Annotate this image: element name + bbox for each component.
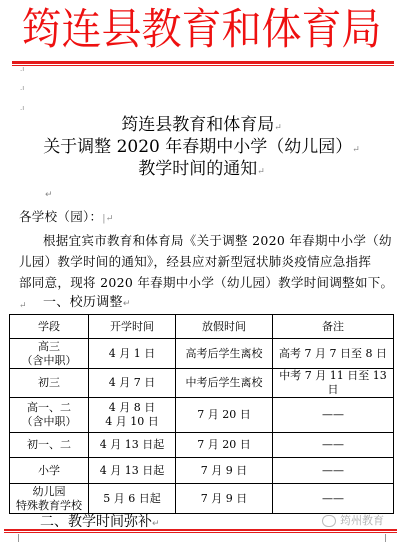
cell-start: 4 月 7 日: [89, 369, 176, 398]
paragraph-line: 儿园）教学时间的通知》，经县应对新型冠状肺炎疫情应急指挥: [19, 251, 397, 272]
header-note: 备注: [273, 315, 394, 339]
cell-note: ——: [273, 398, 394, 433]
footer-rule-thin: [4, 532, 397, 533]
margin-mark-right: [385, 534, 386, 542]
header-end: 放假时间: [176, 315, 273, 339]
cell-note: ——: [273, 484, 394, 514]
cell-end: 7 月 20 日: [176, 398, 273, 433]
header-stage: 学段: [10, 315, 89, 339]
watermark: 筠州教育: [322, 512, 384, 528]
cell-note: ——: [273, 433, 394, 458]
paragraph-mark: .ı: [20, 84, 24, 92]
footer-rule-thick: [4, 529, 397, 531]
table-header-row: 学段 开学时间 放假时间 备注: [10, 315, 394, 339]
cell-stage: 初一、二: [10, 433, 89, 458]
cell-stage: 高一、二（含中职）: [10, 398, 89, 433]
masthead-title: 筠连县教育和体育局: [0, 2, 403, 58]
paragraph-mark: .ı: [20, 104, 24, 112]
cell-start: 5 月 6 日起: [89, 484, 176, 514]
cell-note: ——: [273, 458, 394, 484]
cell-note: 中考 7 月 11 日至 13 日: [273, 369, 394, 398]
schedule-table: 学段 开学时间 放假时间 备注 高三（含中职） 4 月 1 日 高考后学生离校 …: [9, 314, 394, 514]
table-row: 初一、二 4 月 13 日起 7 月 20 日 ——: [10, 433, 394, 458]
cell-end: 7 月 9 日: [176, 484, 273, 514]
paragraph-mark: ↵: [45, 190, 53, 200]
masthead-rule-thin: [12, 65, 394, 66]
cell-stage: 小学: [10, 458, 89, 484]
cell-end: 高考后学生离校: [176, 339, 273, 369]
section-heading-makeup: 二、教学时间弥补↵: [40, 511, 160, 531]
cell-end: 7 月 20 日: [176, 433, 273, 458]
table-row: 初三 4 月 7 日 中考后学生离校 中考 7 月 11 日至 13 日: [10, 369, 394, 398]
table-row: 小学 4 月 13 日起 7 月 9 日 ——: [10, 458, 394, 484]
header-start: 开学时间: [89, 315, 176, 339]
cell-stage: 幼儿园特殊教育学校: [10, 484, 89, 514]
notice-title-line-3: 教学时间的通知↵: [0, 158, 403, 183]
table-row: 幼儿园特殊教育学校 5 月 6 日起 7 月 9 日 ——: [10, 484, 394, 514]
cell-stage: 初三: [10, 369, 89, 398]
paragraph-mark: .ı: [20, 65, 24, 73]
cell-start: 4 月 8 日4 月 10 日: [89, 398, 176, 433]
wechat-icon: [322, 515, 336, 527]
cell-note: 高考 7 月 7 日至 8 日: [273, 339, 394, 369]
masthead-rule-thick: [12, 61, 394, 64]
table-row: 高三（含中职） 4 月 1 日 高考后学生离校 高考 7 月 7 日至 8 日: [10, 339, 394, 369]
cell-start: 4 月 13 日起: [89, 458, 176, 484]
table-row: 高一、二（含中职） 4 月 8 日4 月 10 日 7 月 20 日 ——: [10, 398, 394, 433]
cell-end: 7 月 9 日: [176, 458, 273, 484]
cell-end: 中考后学生离校: [176, 369, 273, 398]
salutation: 各学校（园）：|↵: [19, 206, 397, 230]
paragraph-line: 根据宜宾市教育和体育局《关于调整 2020 年春期中小学（幼: [19, 230, 397, 251]
cell-start: 4 月 1 日: [89, 339, 176, 369]
cell-start: 4 月 13 日起: [89, 433, 176, 458]
cell-stage: 高三（含中职）: [10, 339, 89, 369]
margin-mark-left: [18, 534, 19, 542]
section-heading-calendar: 一、校历调整↵: [43, 292, 403, 315]
